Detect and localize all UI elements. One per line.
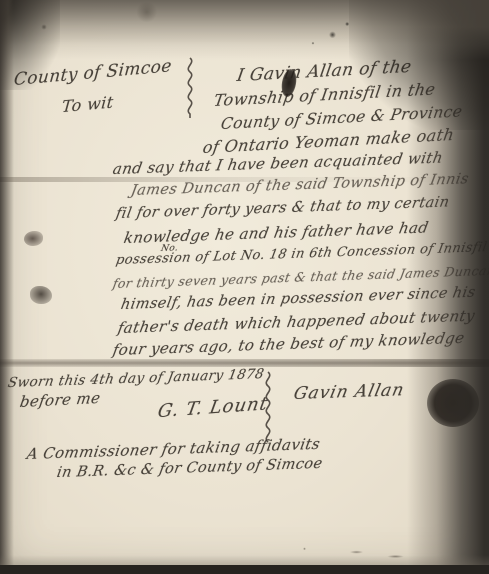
photo-bottom-gray-band [0, 555, 489, 566]
left-brace-squiggle-icon [182, 56, 198, 120]
ink-seal-blot [427, 379, 479, 427]
before-me-line: before me [19, 389, 102, 411]
photo-left-edge-strip [0, 0, 14, 574]
attestation-brace-squiggle-icon [260, 370, 276, 444]
bottom-ink-specks [285, 540, 415, 562]
body-line: fil for over forty years & that to my ce… [115, 194, 451, 222]
commissioner-signature: G. T. Lount [156, 393, 270, 422]
margin-county-line: County of Simcoe [13, 56, 173, 90]
insertion-mark: No. [160, 243, 179, 254]
margin-ink-blot [24, 231, 43, 246]
photo-bottom-dark-edge [0, 565, 489, 574]
sworn-line: Sworn this 4th day of January 1878 [7, 366, 266, 391]
photograph-of-affidavit: County of Simcoe To wit I Gavin Allan of… [0, 0, 489, 574]
deponent-signature: Gavin Allan [292, 380, 407, 404]
margin-ink-blot [30, 286, 52, 304]
margin-to-wit-line: To wit [61, 92, 114, 116]
photo-top-mottled-band [0, 0, 489, 60]
